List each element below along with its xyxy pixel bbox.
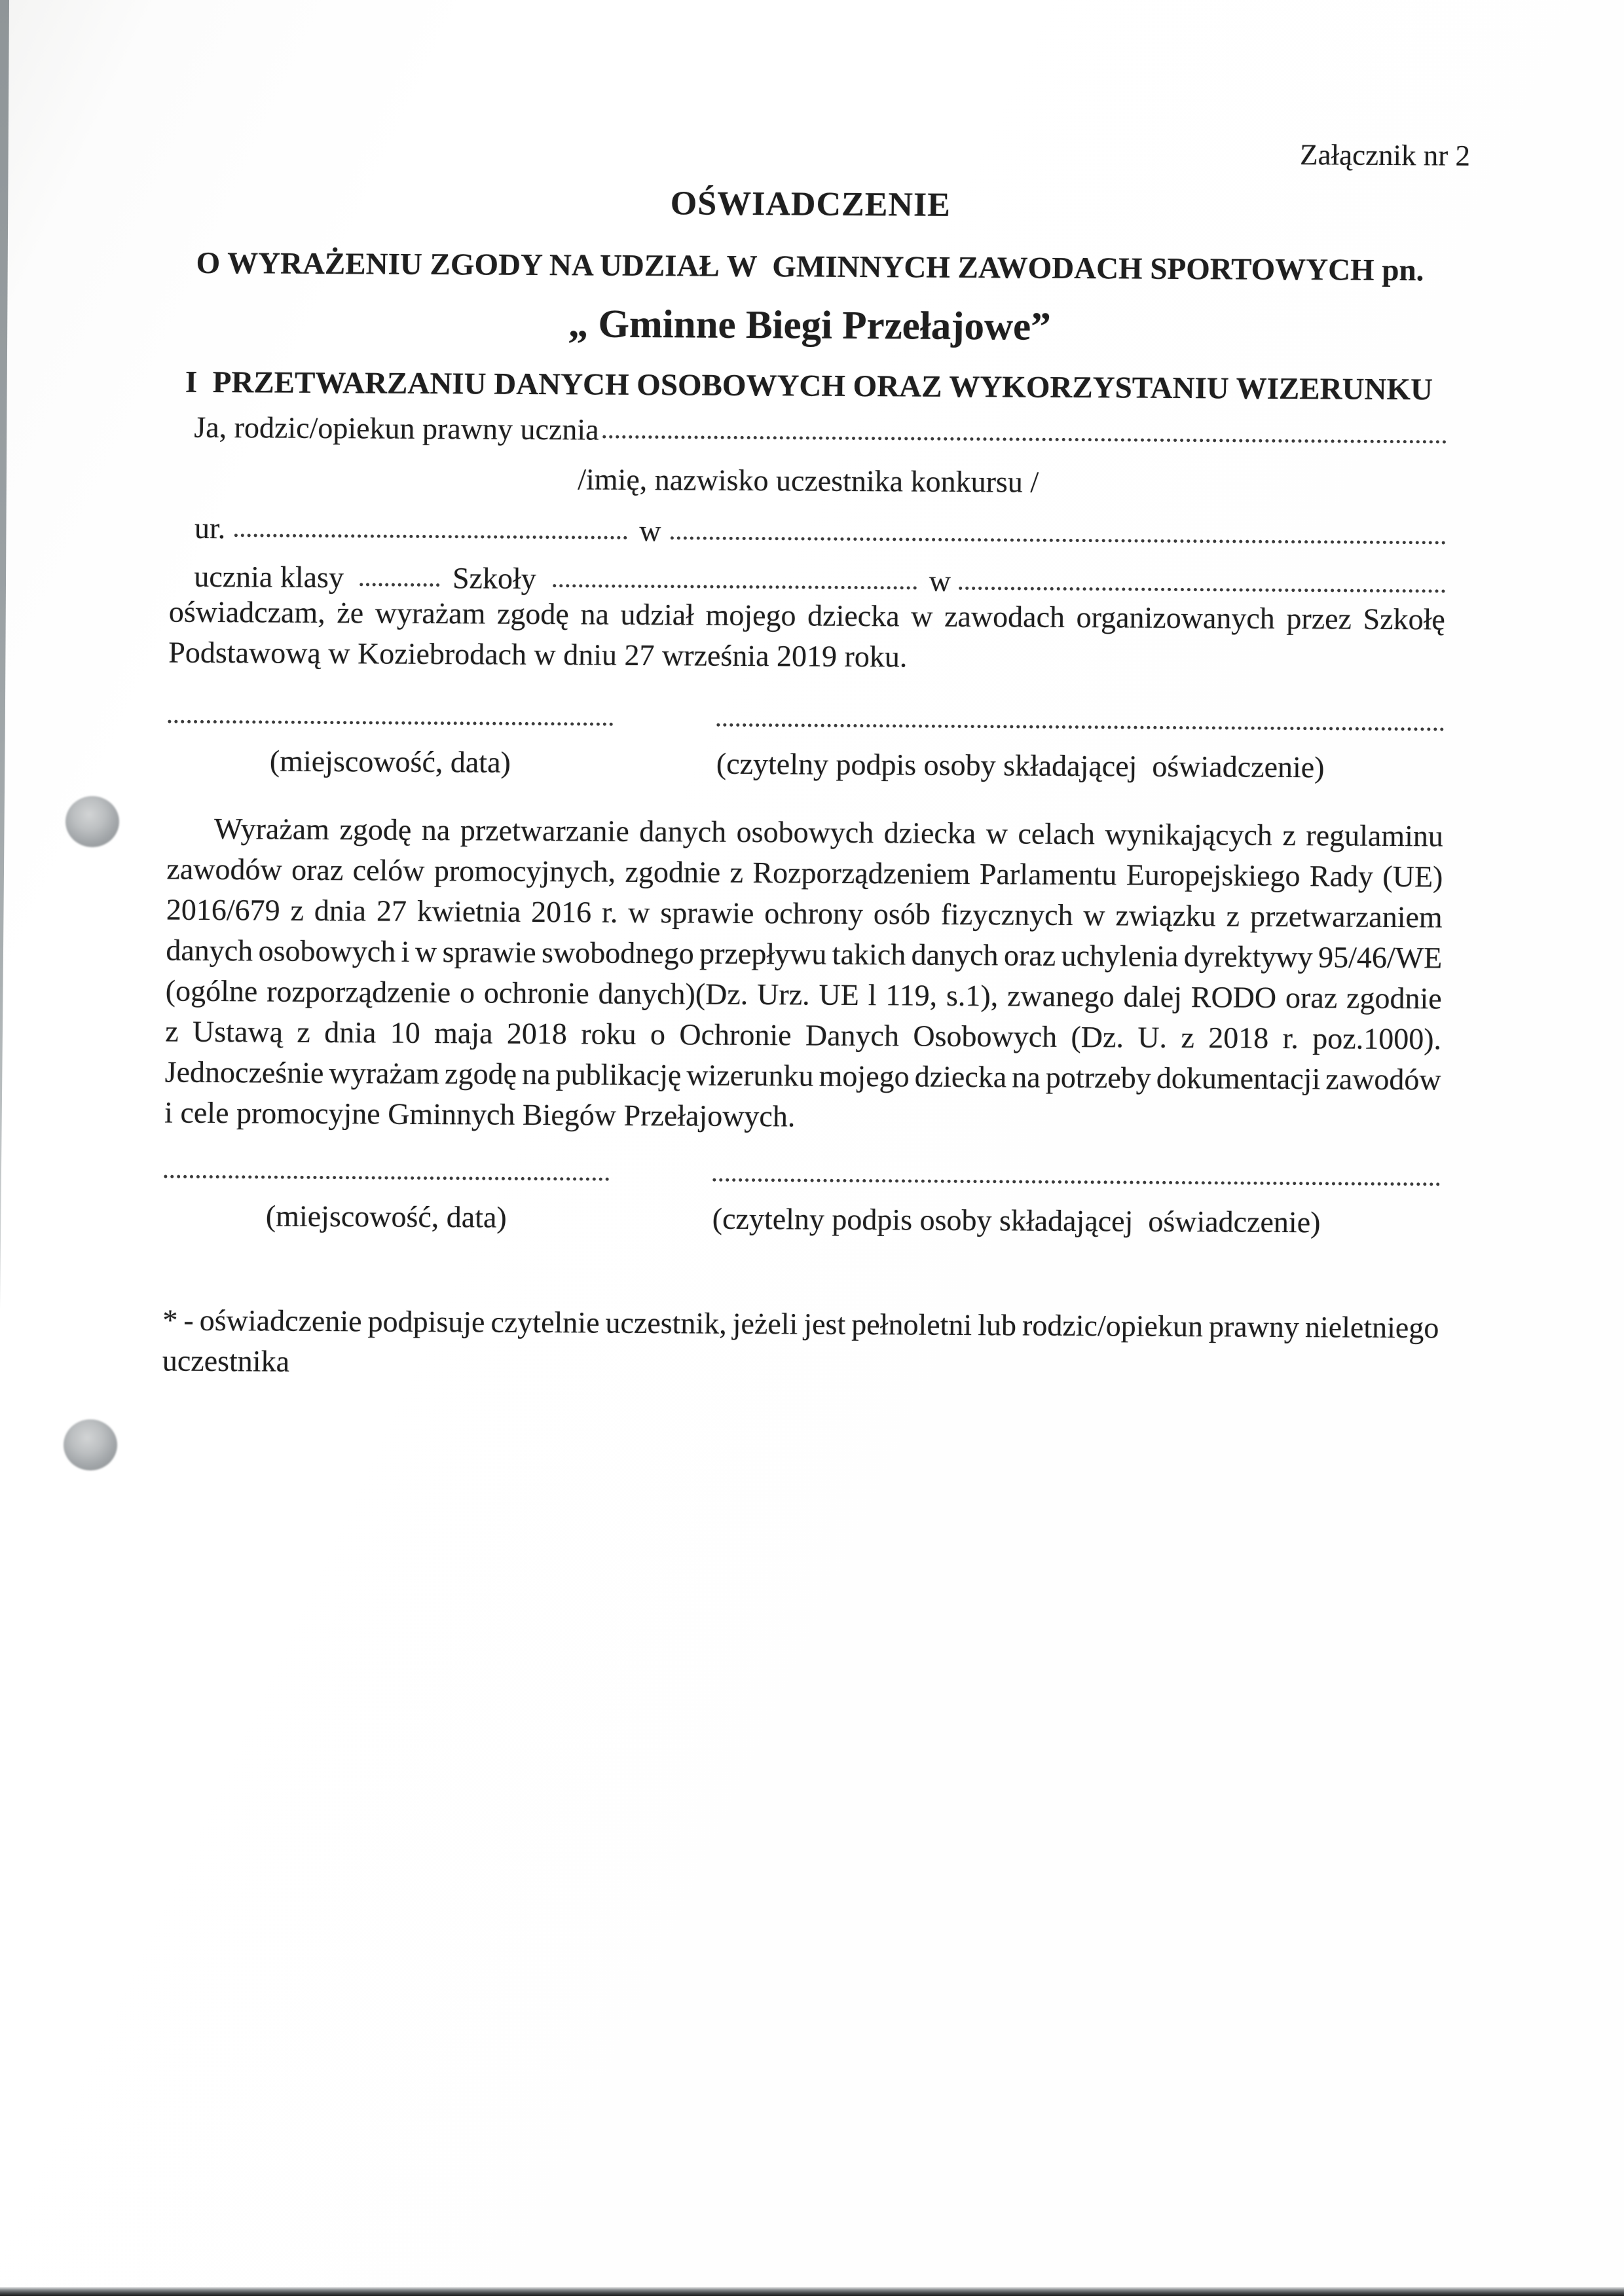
declaration-paragraph: oświadczam,żewyrażamzgodęnaudziałmojegod…	[168, 592, 1445, 681]
guardian-name-blank	[602, 435, 1447, 444]
signature-gap	[613, 743, 717, 784]
birth-line: ur. w	[170, 508, 1447, 556]
signature-label-2: (czytelny podpis osoby składającej oświa…	[712, 1199, 1441, 1244]
scanned-document-page: Załącznik nr 2 OŚWIADCZENIE O WYRAŻENIU …	[0, 0, 1624, 2296]
place-date-signature-line-1	[168, 720, 613, 726]
school-name-blank	[553, 584, 917, 589]
declaration-line-2: Podstawową w Koziebrodach w dniu 27 wrze…	[168, 632, 1445, 681]
born-label: ur.	[194, 508, 226, 549]
data-processing-subtitle: I PRZETWARZANIU DANYCH OSOBOWYCH ORAZ WY…	[171, 363, 1448, 410]
guardian-name-line: Ja, rodzic/opiekun prawny ucznia	[170, 407, 1447, 456]
signature-line-2	[712, 1178, 1440, 1186]
signature-block-2	[164, 1175, 1440, 1186]
born-in-label: w	[639, 511, 661, 551]
class-blank	[360, 583, 439, 587]
hole-punch-mark-bottom	[64, 1419, 117, 1470]
participant-name-hint: /imię, nazwisko uczestnika konkursu /	[170, 457, 1447, 505]
document-title: OŚWIADCZENIE	[172, 181, 1449, 229]
footnote-line-1: *-oświadczeniepodpisujeczytelnieuczestni…	[162, 1300, 1439, 1349]
signature-label-1: (czytelny podpis osoby składającej oświa…	[716, 744, 1445, 789]
signature-labels-1: (miejscowość, data) (czytelny podpis oso…	[168, 740, 1445, 789]
school-place-blank	[959, 587, 1445, 593]
signature-gap	[609, 1198, 713, 1239]
attachment-label: Załącznik nr 2	[173, 130, 1470, 174]
birth-place-blank	[670, 536, 1446, 544]
place-date-label-2: (miejscowość, data)	[164, 1195, 610, 1239]
footnote-line-2: uczestnika	[162, 1341, 1439, 1389]
place-date-signature-line-2	[164, 1175, 609, 1181]
signature-block-1	[168, 720, 1444, 731]
signature-gap	[609, 1178, 712, 1182]
guardian-label: Ja, rodzic/opiekun prawny ucznia	[194, 407, 599, 450]
signature-labels-2: (miejscowość, data) (czytelny podpis oso…	[164, 1195, 1441, 1244]
consent-line-8: i cele promocyjne Gminnych Biegów Przeła…	[164, 1093, 1441, 1141]
school-in-label: w	[929, 561, 951, 602]
consent-subtitle: O WYRAŻENIU ZGODY NA UDZIAŁ W GMINNYCH Z…	[172, 244, 1449, 291]
data-processing-consent-paragraph: Wyrażamzgodęnaprzetwarzaniedanychosobowy…	[164, 809, 1443, 1141]
scan-edge-bottom	[0, 2287, 1624, 2296]
signature-gap	[613, 723, 716, 727]
signature-line-1	[716, 723, 1444, 731]
footnote: *-oświadczeniepodpisujeczytelnieuczestni…	[162, 1300, 1439, 1389]
document-content: Załącznik nr 2 OŚWIADCZENIE O WYRAŻENIU …	[0, 0, 1624, 1390]
birth-date-blank	[234, 534, 627, 539]
place-date-label-1: (miejscowość, data)	[168, 740, 614, 784]
event-name: „ Gminne Biegi Przełajowe”	[171, 297, 1448, 355]
